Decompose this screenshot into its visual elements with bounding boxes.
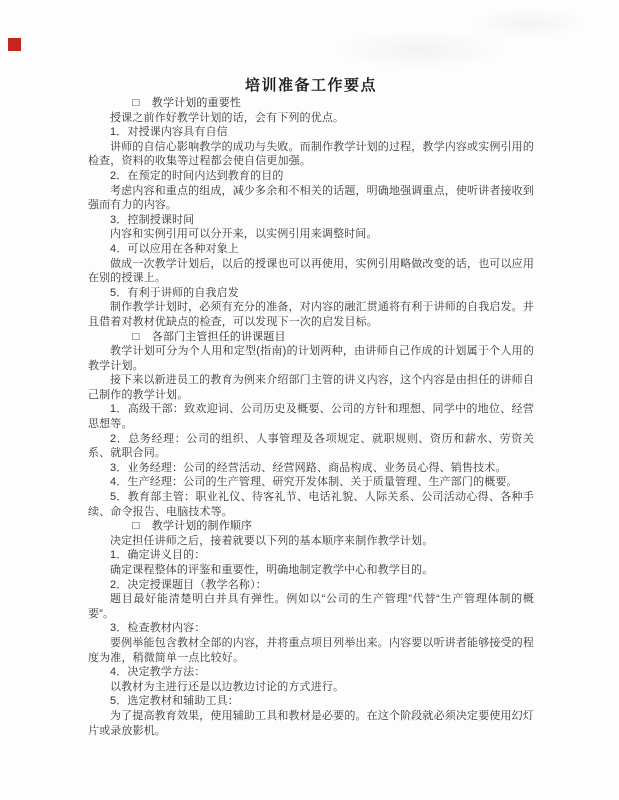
paragraph-text: 考虑内容和重点的组成，减少多余和不相关的话题，明确地强调重点，使听讲者接收到强而… bbox=[88, 185, 534, 212]
paragraph: □教学计划的重要性 bbox=[88, 96, 534, 111]
paragraph: 内容和实例引用可以分开来，以实例引用来调整时间。 bbox=[88, 227, 534, 242]
paragraph: 考虑内容和重点的组成，减少多余和不相关的话题，明确地强调重点，使听讲者接收到强而… bbox=[88, 184, 534, 213]
paragraph-text: 做成一次教学计划后，以后的授课也可以再使用，实例引用略做改变的话，也可以应用在别… bbox=[88, 258, 534, 285]
paragraph: 1．高级干部：致欢迎词、公司历史及概要、公司的方针和理想、同学中的地位、经营思想… bbox=[88, 402, 534, 431]
document-page: 培训准备工作要点 □教学计划的重要性授课之前作好教学计划的话，会有下列的优点。1… bbox=[0, 0, 619, 800]
checkbox-icon: □ bbox=[109, 96, 139, 111]
paragraph: 3．控制授课时间 bbox=[88, 213, 534, 228]
checkbox-icon: □ bbox=[109, 329, 139, 344]
paragraph-text: 2．在预定的时间内达到教育的目的 bbox=[110, 170, 284, 182]
paragraph-text: 3．业务经理：公司的经营活动、经营网路、商品构成、业务员心得、销售技术。 bbox=[110, 462, 507, 474]
paragraph-text: 确定课程整体的评鉴和重要性，明确地制定教学中心和教学目的。 bbox=[110, 564, 433, 576]
paragraph: □教学计划的制作顺序 bbox=[88, 519, 534, 534]
paragraph: 2．在预定的时间内达到教育的目的 bbox=[88, 169, 534, 184]
paragraph: 4．决定教学方法： bbox=[88, 665, 534, 680]
paragraph: 5．教育部主管：职业礼仪、待客礼节、电话礼貌、人际关系、公司活动心得、各种手续、… bbox=[88, 490, 534, 519]
paragraph: 1．确定讲义目的： bbox=[88, 548, 534, 563]
paragraph-text: 4．可以应用在各种对象上 bbox=[110, 243, 239, 255]
paragraph-text: 决定担任讲师之后，接着就要以下列的基本顺序来制作教学计划。 bbox=[110, 535, 433, 547]
checkbox-icon: □ bbox=[109, 519, 139, 534]
paragraph: 教学计划可分为个人用和定型(指南)的计划两种，由讲师自己作成的计划属于个人用的教… bbox=[88, 344, 534, 373]
paragraph: 3．检查教材内容： bbox=[88, 621, 534, 636]
paragraph: 2．决定授课题目（教学名称）： bbox=[88, 578, 534, 593]
paragraph: 2．总务经理：公司的组织、人事管理及各项规定、就职规则、资历和薪水、劳资关系、就… bbox=[88, 432, 534, 461]
paragraph: 制作教学计划时，必须有充分的准备，对内容的融汇贯通将有利于讲师的自我启发。并且借… bbox=[88, 300, 534, 329]
paragraph-text: 3．检查教材内容： bbox=[110, 622, 205, 634]
page-title: 培训准备工作要点 bbox=[88, 74, 534, 95]
paragraph-text: 制作教学计划时，必须有充分的准备，对内容的融汇贯通将有利于讲师的自我启发。并且借… bbox=[88, 301, 534, 328]
paragraph: 以教材为主进行还是以边教边讨论的方式进行。 bbox=[88, 680, 534, 695]
paragraph: 接下来以新进员工的教育为例来介绍部门主管的讲义内容，这个内容是由担任的讲师自己制… bbox=[88, 373, 534, 402]
paragraph: 为了提高教育效果，使用辅助工具和教材是必要的。在这个阶段就必须决定要使用幻灯片或… bbox=[88, 709, 534, 738]
paragraph: 确定课程整体的评鉴和重要性，明确地制定教学中心和教学目的。 bbox=[88, 563, 534, 578]
section-heading-text: 教学计划的重要性 bbox=[152, 97, 241, 109]
paragraph-text: 授课之前作好教学计划的话，会有下列的优点。 bbox=[110, 112, 344, 124]
paragraph-text: 4．决定教学方法： bbox=[110, 666, 205, 678]
section-heading-text: 各部门主管担任的讲课题目 bbox=[152, 331, 286, 343]
paragraph-text: 5．选定教材和辅助工具： bbox=[110, 695, 239, 707]
paragraph: 5．选定教材和辅助工具： bbox=[88, 694, 534, 709]
paragraph-text: 1．对授课内容具有自信 bbox=[110, 126, 228, 138]
paragraph: 4．生产经理：公司的生产管理、研究开发体制、关于质量管理、生产部门的概要。 bbox=[88, 475, 534, 490]
paragraph: 授课之前作好教学计划的话，会有下列的优点。 bbox=[88, 111, 534, 126]
paragraph: 3．业务经理：公司的经营活动、经营网路、商品构成、业务员心得、销售技术。 bbox=[88, 461, 534, 476]
paragraph-text: 5．教育部主管：职业礼仪、待客礼节、电话礼貌、人际关系、公司活动心得、各种手续、… bbox=[88, 491, 534, 518]
paragraph-text: 题目最好能清楚明白并具有弹性。例如以“公司的生产管理”代替“生产管理体制的概要”… bbox=[88, 593, 534, 620]
scan-smudge bbox=[330, 30, 510, 70]
paragraph-text: 以教材为主进行还是以边教边讨论的方式进行。 bbox=[110, 681, 344, 693]
document-body: □教学计划的重要性授课之前作好教学计划的话，会有下列的优点。1．对授课内容具有自… bbox=[88, 96, 534, 738]
red-corner-marker bbox=[8, 38, 21, 51]
paragraph: 决定担任讲师之后，接着就要以下列的基本顺序来制作教学计划。 bbox=[88, 534, 534, 549]
paragraph: 要例举能包含教材全部的内容，并将重点项目列举出来。内容要以听讲者能够接受的程度为… bbox=[88, 636, 534, 665]
paragraph: 5．有利于讲师的自我启发 bbox=[88, 286, 534, 301]
paragraph-text: 接下来以新进员工的教育为例来介绍部门主管的讲义内容，这个内容是由担任的讲师自己制… bbox=[88, 374, 534, 401]
paragraph-text: 2．决定授课题目（教学名称）： bbox=[110, 579, 267, 591]
paragraph-text: 3．控制授课时间 bbox=[110, 214, 194, 226]
paragraph-text: 要例举能包含教材全部的内容，并将重点项目列举出来。内容要以听讲者能够接受的程度为… bbox=[88, 637, 534, 664]
paragraph: 1．对授课内容具有自信 bbox=[88, 125, 534, 140]
paragraph-text: 1．确定讲义目的： bbox=[110, 549, 205, 561]
paragraph-text: 2．总务经理：公司的组织、人事管理及各项规定、就职规则、资历和薪水、劳资关系、就… bbox=[88, 433, 534, 460]
section-heading-text: 教学计划的制作顺序 bbox=[152, 520, 252, 532]
paragraph-text: 内容和实例引用可以分开来，以实例引用来调整时间。 bbox=[110, 228, 378, 240]
paragraph: □各部门主管担任的讲课题目 bbox=[88, 330, 534, 345]
paragraph: 讲师的自信心影响教学的成功与失败。而制作教学计划的过程，教学内容或实例引用的检查… bbox=[88, 140, 534, 169]
paragraph-text: 5．有利于讲师的自我启发 bbox=[110, 287, 239, 299]
paragraph-text: 讲师的自信心影响教学的成功与失败。而制作教学计划的过程，教学内容或实例引用的检查… bbox=[88, 141, 534, 168]
paragraph-text: 教学计划可分为个人用和定型(指南)的计划两种，由讲师自己作成的计划属于个人用的教… bbox=[88, 345, 534, 372]
paragraph: 做成一次教学计划后，以后的授课也可以再使用，实例引用略做改变的话，也可以应用在别… bbox=[88, 257, 534, 286]
paragraph-text: 1．高级干部：致欢迎词、公司历史及概要、公司的方针和理想、同学中的地位、经营思想… bbox=[88, 403, 534, 430]
paragraph: 4．可以应用在各种对象上 bbox=[88, 242, 534, 257]
scan-smudge bbox=[470, 8, 590, 38]
paragraph-text: 为了提高教育效果，使用辅助工具和教材是必要的。在这个阶段就必须决定要使用幻灯片或… bbox=[88, 710, 534, 737]
paragraph: 题目最好能清楚明白并具有弹性。例如以“公司的生产管理”代替“生产管理体制的概要”… bbox=[88, 592, 534, 621]
paragraph-text: 4．生产经理：公司的生产管理、研究开发体制、关于质量管理、生产部门的概要。 bbox=[110, 476, 518, 488]
